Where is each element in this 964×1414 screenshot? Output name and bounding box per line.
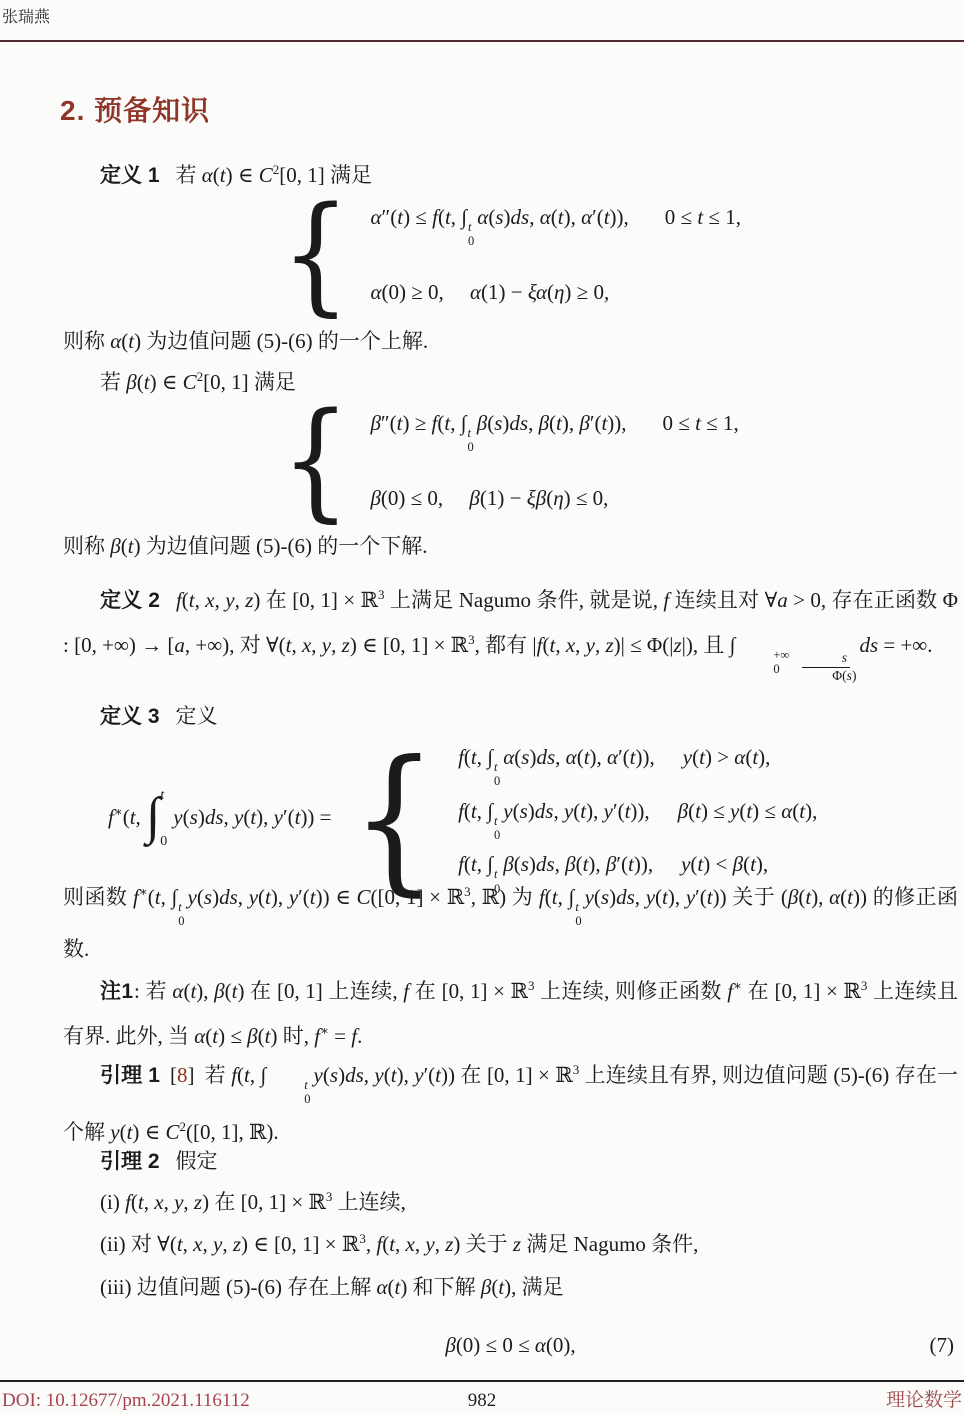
cases-alpha-row-1-formula: α″(t) ≤ f(t, ∫t0α(s)ds, α(t), α′(t)), [370,202,628,249]
citation-bracket-close: ] [187,1063,194,1087]
footer-rule [0,1380,964,1382]
definition-1-label: 定义 1 [100,164,160,187]
footer-journal-name: 理论数学 [886,1387,962,1414]
correction-function-paragraph: 则函数 f∗(t, ∫t0y(s)ds, y(t), y′(t)) ∈ C([0… [63,872,958,969]
citation-number: 8 [177,1063,188,1087]
cases-beta-row-1-formula: β″(t) ≥ f(t, ∫t0β(s)ds, β(t), β′(t)), [370,408,626,455]
running-header-author: 张瑞燕 [2,6,50,29]
header-rule [0,40,964,42]
cases-beta-row-1-condition: 0 ≤ t ≤ 1, [663,408,739,438]
modified-function-row-2: f(t, ∫t0y(s)ds, y(t), y′(t)), β(t) ≤ y(t… [458,796,817,843]
lemma-2-item-i: (i) f(t, x, y, z) 在 [0, 1] × ℝ3 上连续, [63,1187,958,1217]
note-1-label: 注1 [100,980,133,1003]
lemma-2-item-iii: (iii) 边值问题 (5)-(6) 存在上解 α(t) 和下解 β(t), 满… [63,1272,958,1302]
lemma-1-paragraph: 引理 1[8]若 f(t, ∫t0y(s)ds, y(t), y′(t)) 在 … [63,1050,958,1152]
lemma-2-label: 引理 2 [100,1150,160,1173]
citation-bracket-open: [ [170,1063,177,1087]
note-1-paragraph: 注1: 若 α(t), β(t) 在 [0, 1] 上连续, f 在 [0, 1… [63,966,958,1056]
definition-2-paragraph: 定义 2f(t, x, y, z) 在 [0, 1] × ℝ3 上满足 Nagu… [63,575,958,685]
citation-8-link[interactable]: [8] [170,1063,195,1087]
cases-alpha-row-2-formula: α(0) ≥ 0, α(1) − ξα(η) ≥ 0, [370,277,609,307]
lemma-2-item-ii: (ii) 对 ∀(t, x, y, z) ∈ [0, 1] × ℝ3, f(t,… [63,1229,958,1259]
equation-7-number: (7) [930,1330,955,1360]
definition-1-intro: 定义 1若 α(t) ∈ C2[0, 1] 满足 [63,160,958,191]
footer-doi-link[interactable]: DOI: 10.12677/pm.2021.116112 [2,1387,250,1414]
section-title: 2. 预备知识 [60,91,210,132]
cases-alpha-row-1-condition: 0 ≤ t ≤ 1, [665,202,741,232]
cases-alpha-row-1: α″(t) ≤ f(t, ∫t0α(s)ds, α(t), α′(t)), 0 … [370,202,741,249]
cases-beta-row-1: β″(t) ≥ f(t, ∫t0β(s)ds, β(t), β′(t)), 0 … [370,408,738,455]
modified-function-row-2-formula: f(t, ∫t0y(s)ds, y(t), y′(t)), [458,796,650,843]
lower-solution-sentence: 则称 β(t) 为边值问题 (5)-(6) 的一个下解. [63,531,958,561]
definition-3-intro: 定义 3定义 [63,701,958,732]
modified-function-lhs: f∗(t, ∫t0y(s)ds, y(t), y′(t)) = [108,789,332,849]
definition-3-intro-text: 定义 [176,704,218,728]
paper-page: 张瑞燕 2. 预备知识 定义 1若 α(t) ∈ C2[0, 1] 满足 { α… [0,0,964,1414]
modified-function-row-1-condition: y(t) > α(t), [683,742,771,772]
modified-function-row-1: f(t, ∫t0α(s)ds, α(t), α′(t)), y(t) > α(t… [458,742,817,789]
note-1-body: : 若 α(t), β(t) 在 [0, 1] 上连续, f 在 [0, 1] … [63,979,958,1048]
definition-2-label: 定义 2 [100,589,160,612]
definition-3-label: 定义 3 [100,705,160,728]
equation-7: β(0) ≤ 0 ≤ α(0), (7) [63,1330,958,1360]
equation-7-formula: β(0) ≤ 0 ≤ α(0), [445,1333,575,1357]
lemma-1-body: 若 f(t, ∫t0y(s)ds, y(t), y′(t)) 在 [0, 1] … [63,1063,958,1144]
cases-equation-alpha: { α″(t) ≤ f(t, ∫t0α(s)ds, α(t), α′(t)), … [63,202,958,307]
lemma-1-label: 引理 1 [100,1064,160,1087]
cases-beta-row-2-formula: β(0) ≤ 0, β(1) − ξβ(η) ≤ 0, [370,483,608,513]
cases-equation-beta: { β″(t) ≥ f(t, ∫t0β(s)ds, β(t), β′(t)), … [63,408,958,513]
lemma-2-intro: 引理 2假定 [63,1146,958,1177]
definition-1-beta-intro: 若 β(t) ∈ C2[0, 1] 满足 [63,367,958,397]
cases-beta-row-2: β(0) ≤ 0, β(1) − ξβ(η) ≤ 0, [370,483,738,513]
modified-function-row-2-condition: β(t) ≤ y(t) ≤ α(t), [678,796,818,826]
lemma-2-intro-text: 假定 [176,1149,218,1173]
cases-alpha-row-2: α(0) ≥ 0, α(1) − ξα(η) ≥ 0, [370,277,741,307]
upper-solution-sentence: 则称 α(t) 为边值问题 (5)-(6) 的一个上解. [63,326,958,356]
definition-2-body: f(t, x, y, z) 在 [0, 1] × ℝ3 上满足 Nagumo 条… [63,588,958,657]
modified-function-row-1-formula: f(t, ∫t0α(s)ds, α(t), α′(t)), [458,742,655,789]
